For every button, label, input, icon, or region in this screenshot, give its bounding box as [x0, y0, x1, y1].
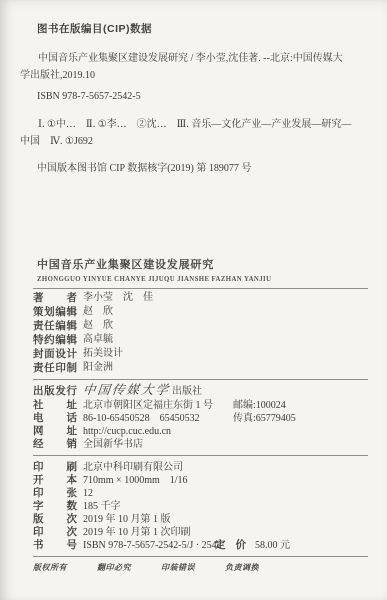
planning-editor-row: 策划编辑 赵 欣 [33, 305, 368, 319]
divider [33, 556, 368, 557]
row-value: 2019 年 10 月第 1 版 [83, 513, 171, 526]
website-url: http://cucp.cuc.edu.cn [83, 425, 171, 438]
cip-entry-line-2: 学出版社,2019.10 [20, 67, 368, 84]
book-number-value: ISBN 978-7-5657-2542-5/J · 2542 [83, 539, 222, 552]
row-label: 电话 [33, 412, 77, 425]
cover-design-row: 封面设计 拓美设计 [33, 347, 368, 361]
sheets-row: 印张 12 [33, 487, 368, 500]
row-label: 著者 [33, 291, 77, 305]
cip-record-number: 中国版本图书馆 CIP 数据核字(2019) 第 189077 号 [37, 162, 368, 176]
special-editor-row: 特约编辑 高卓毓 [33, 333, 368, 347]
book-number-row: 书号 ISBN 978-7-5657-2542-5/J · 2542 定价58.… [33, 539, 368, 552]
postcode-value: 邮编:100024 [233, 399, 286, 412]
row-label: 印张 [33, 487, 77, 500]
publisher-logo: 中国传媒大学出版社 [83, 381, 202, 401]
executive-editor-row: 责任编辑 赵 欣 [33, 319, 368, 333]
row-label: 印次 [33, 526, 77, 539]
row-label: 网址 [33, 425, 77, 438]
publisher-script-logo: 中国传媒大学 [82, 381, 171, 399]
price-group: 定价58.00 元 [215, 539, 290, 552]
row-value: 全国新华书店 [83, 438, 143, 451]
cip-header: 图书在版编目(CIP)数据 [37, 22, 368, 36]
row-value: 赵 欣 [83, 319, 113, 333]
row-label: 责任印制 [33, 361, 77, 375]
row-value: 86-10-65450528 65450532 [83, 412, 200, 425]
row-label: 开本 [33, 474, 77, 487]
isbn-line: ISBN 978-7-5657-2542-5 [37, 90, 368, 104]
copyright-page: 图书在版编目(CIP)数据 中国音乐产业集聚区建设发展研究 / 李小莹,沈佳著.… [0, 0, 387, 600]
row-value: 李小莹 沈 佳 [83, 291, 153, 305]
copyright-notice: 版权所有 翻印必究 印装错误 负责调换 [33, 562, 368, 573]
cip-entry-line-1: 中国音乐产业集聚区建设发展研究 / 李小莹,沈佳著. --北京:中国传媒大 [20, 50, 368, 67]
row-value: 拓美设计 [83, 347, 123, 361]
book-title: 中国音乐产业集聚区建设发展研究 [37, 258, 368, 273]
address-row: 社址 北京市朝阳区定福庄东街 1 号 邮编:100024 [33, 399, 368, 412]
row-label: 出版发行 [33, 382, 77, 400]
row-label: 责任编辑 [33, 319, 77, 333]
cip-classification-line-1: Ⅰ. ①中… Ⅱ. ①李… ②沈… Ⅲ. 音乐—文化产业—产业发展—研究— [20, 116, 368, 133]
distributor-row: 经销 全国新华书店 [33, 438, 368, 451]
row-value: 2019 年 10 月第 1 次印刷 [83, 526, 191, 539]
publisher-logo-suffix: 出版社 [172, 386, 202, 397]
word-count-row: 字数 185 千字 [33, 500, 368, 513]
footer-item: 翻印必究 [97, 562, 131, 573]
row-label: 书号 [33, 539, 77, 552]
row-value: 12 [83, 487, 93, 500]
row-value: 高卓毓 [83, 333, 113, 347]
publication-info-section: 中国音乐产业集聚区建设发展研究 ZHONGGUO YINYUE CHANYE J… [33, 258, 368, 573]
cip-bibliographic-entry: 中国音乐产业集聚区建设发展研究 / 李小莹,沈佳著. --北京:中国传媒大 学出… [20, 50, 368, 84]
price-value: 58.00 元 [255, 540, 290, 551]
row-value: 阳金洲 [83, 361, 113, 375]
row-value: 北京中科印刷有限公司 [83, 461, 183, 474]
row-value: 赵 欣 [83, 305, 113, 319]
website-row: 网址 http://cucp.cuc.edu.cn [33, 425, 368, 438]
edition-row: 版次 2019 年 10 月第 1 版 [33, 513, 368, 526]
printing-block: 印刷 北京中科印刷有限公司 开本 710mm × 1000mm 1/16 印张 … [33, 456, 368, 552]
fax-value: 传真:65779405 [233, 412, 296, 425]
row-value: 185 千字 [83, 500, 121, 513]
publisher-row: 出版发行 中国传媒大学出版社 [33, 380, 368, 399]
footer-item: 版权所有 [33, 562, 67, 573]
printer-row: 印刷 北京中科印刷有限公司 [33, 461, 368, 474]
price-label: 定价 [215, 539, 246, 552]
cip-classification-line-2: 中国 Ⅳ. ①J692 [20, 133, 368, 150]
row-value: 北京市朝阳区定福庄东街 1 号 [83, 399, 213, 412]
row-value: 710mm × 1000mm 1/16 [83, 474, 188, 487]
row-label: 经销 [33, 438, 77, 451]
row-label: 封面设计 [33, 347, 77, 361]
row-label: 社址 [33, 399, 77, 412]
cip-section: 图书在版编目(CIP)数据 中国音乐产业集聚区建设发展研究 / 李小莹,沈佳著.… [0, 0, 387, 176]
print-supervisor-row: 责任印制 阳金洲 [33, 361, 368, 375]
row-label: 印刷 [33, 461, 77, 474]
book-title-pinyin: ZHONGGUO YINYUE CHANYE JIJUQU JIANSHE FA… [37, 276, 368, 284]
phone-row: 电话 86-10-65450528 65450532 传真:65779405 [33, 412, 368, 425]
cip-classification: Ⅰ. ①中… Ⅱ. ①李… ②沈… Ⅲ. 音乐—文化产业—产业发展—研究— 中国… [20, 116, 368, 150]
publisher-block: 出版发行 中国传媒大学出版社 社址 北京市朝阳区定福庄东街 1 号 邮编:100… [33, 380, 368, 451]
format-row: 开本 710mm × 1000mm 1/16 [33, 474, 368, 487]
impression-row: 印次 2019 年 10 月第 1 次印刷 [33, 526, 368, 539]
footer-item: 负责调换 [225, 562, 259, 573]
row-label: 策划编辑 [33, 305, 77, 319]
row-label: 版次 [33, 513, 77, 526]
row-label: 字数 [33, 500, 77, 513]
author-row: 著者 李小莹 沈 佳 [33, 291, 368, 305]
footer-item: 印装错误 [161, 562, 195, 573]
credits-block: 著者 李小莹 沈 佳 策划编辑 赵 欣 责任编辑 赵 欣 特约编辑 高卓毓 封面… [33, 289, 368, 375]
row-label: 特约编辑 [33, 333, 77, 347]
